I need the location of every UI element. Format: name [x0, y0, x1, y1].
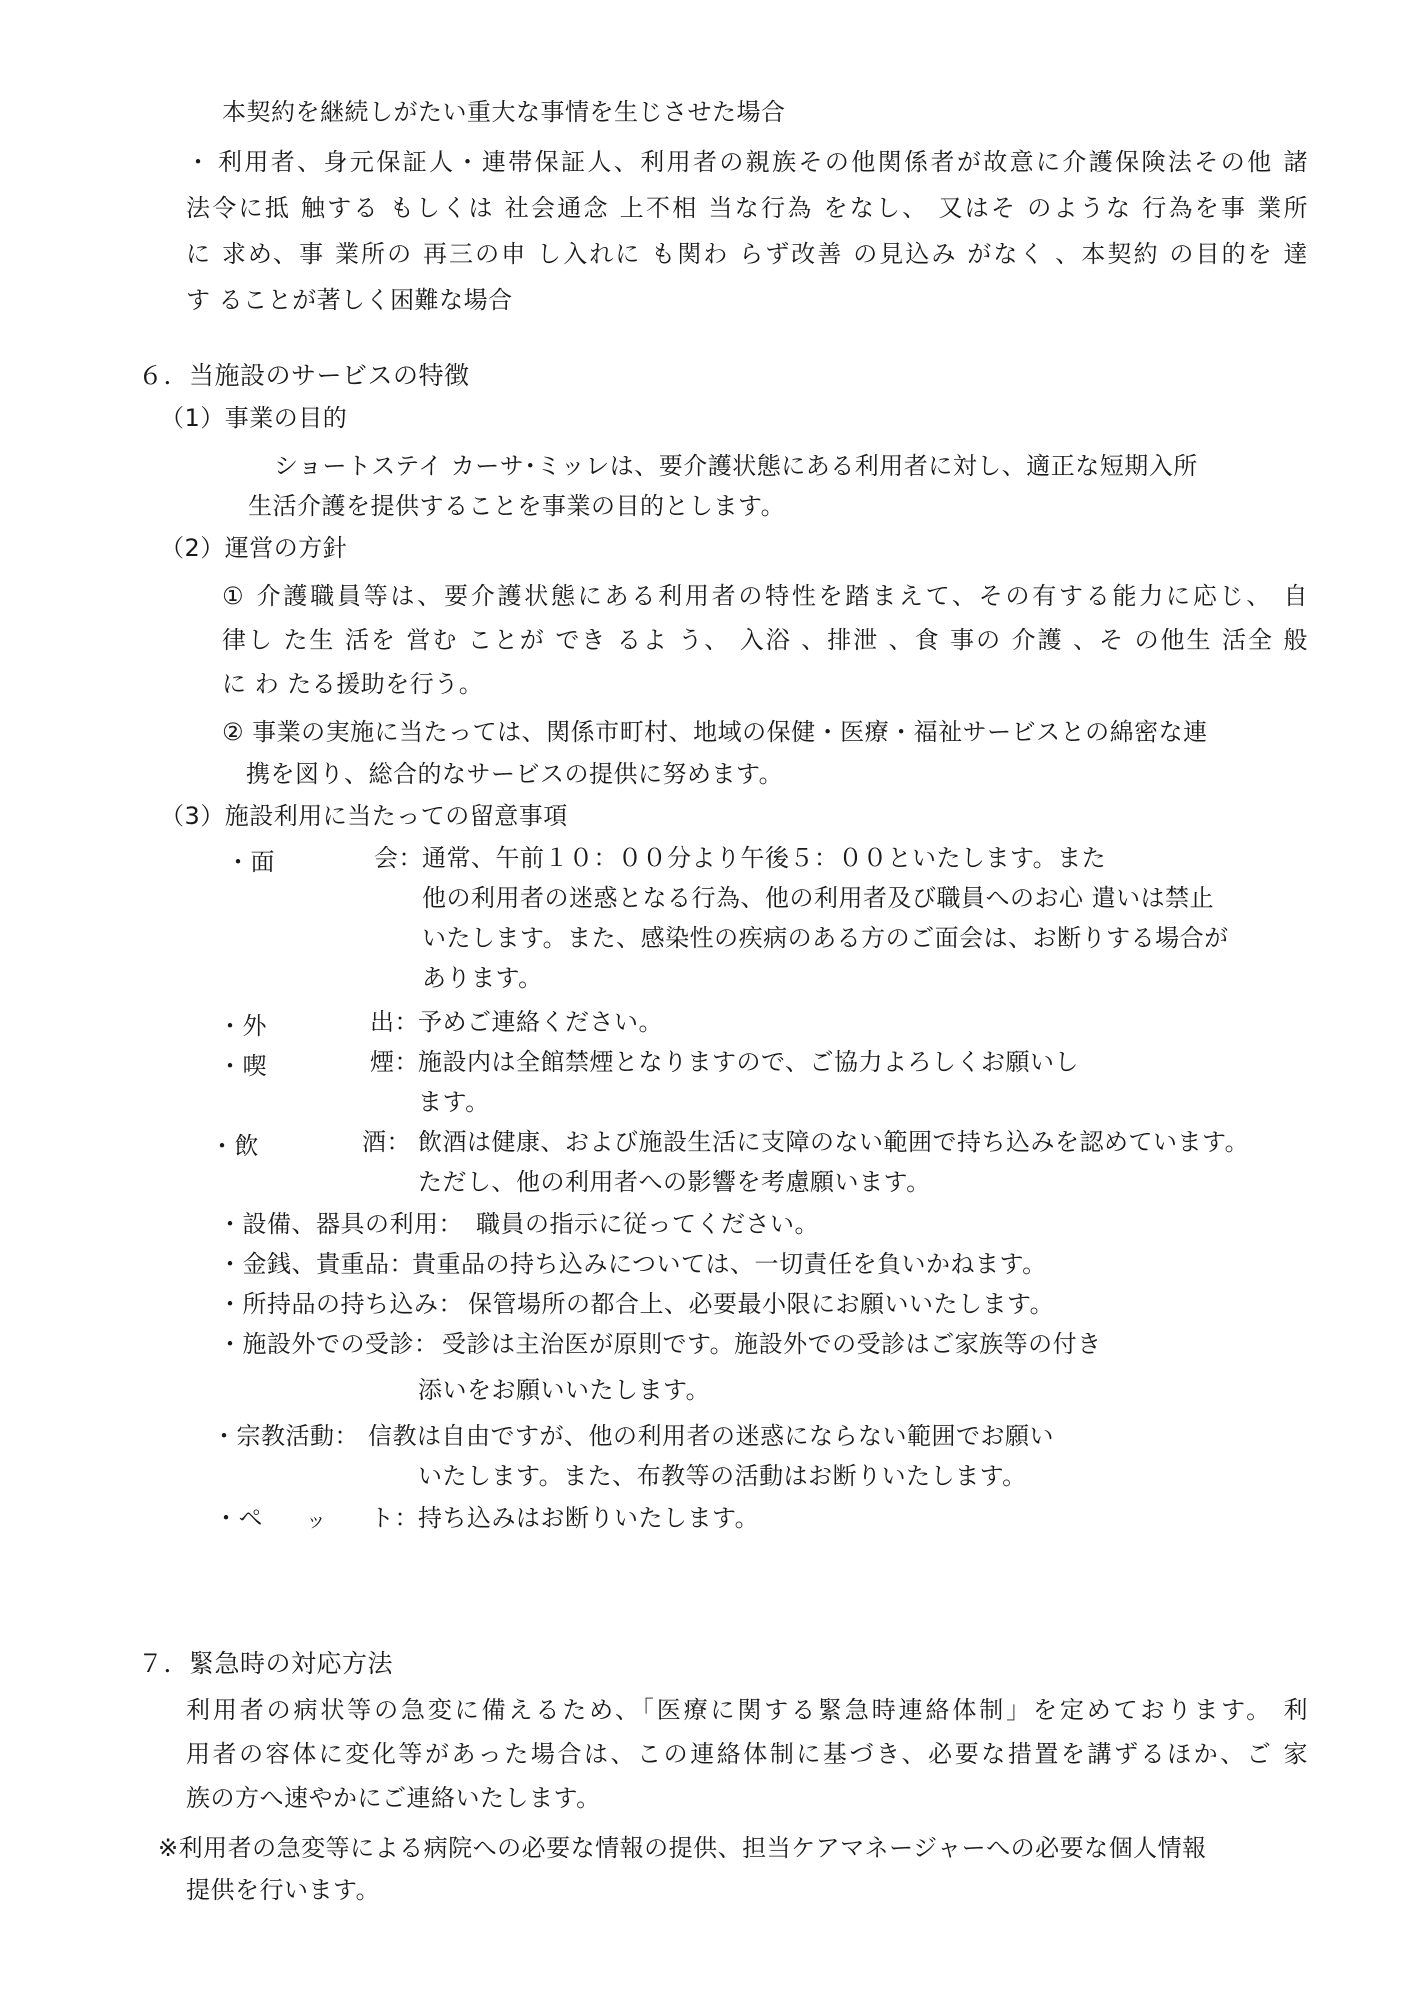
- notice-text: いたします。また、布教等の活動はお断りいたします。: [418, 1460, 1027, 1492]
- notice-label-outing: ・外: [218, 1010, 267, 1042]
- notice-text: あります。: [422, 962, 543, 994]
- notice-text: 他の利用者の迷惑となる行為、他の利用者及び職員へのお心 遣いは禁止: [422, 882, 1214, 914]
- notice-label-visit-end: 会：: [374, 842, 423, 874]
- notice-text: 飲酒は健康、および施設生活に支障のない範囲で持ち込みを認めています。: [418, 1126, 1249, 1158]
- notice-label-religion: ・宗教活動：: [212, 1420, 359, 1452]
- sub1-line: 生活介護を提供することを事業の目的とします。: [248, 490, 785, 522]
- sub1-heading: （1）事業の目的: [160, 402, 347, 434]
- section5-item-line: に 求め、事 業所の 再三の申 し入れに も関わ らず改善 の見込み がなく 、…: [186, 238, 1308, 270]
- section7-line: 用者の容体に変化等があった場合は、この連絡体制に基づき、必要な措置を講ずるほか、…: [186, 1738, 1308, 1770]
- notice-text: 予めご連絡ください。: [418, 1006, 663, 1038]
- sub2-item1-line: に わ たる援助を行う。: [222, 668, 483, 700]
- section7-note: ※利用者の急変等による病院への必要な情報の提供、担当ケアマネージャーへの必要な個…: [158, 1832, 1207, 1864]
- sub2-item2-line: 携を図り、総合的なサービスの提供に努めます。: [246, 758, 783, 790]
- section5-bullet: ・: [186, 146, 211, 178]
- notice-text: いたします。また、感染性の疾病のある方のご面会は、お断りする場合が: [422, 922, 1229, 954]
- section7-line: 利用者の病状等の急変に備えるため、「医療に関する緊急時連絡体制」を定めております…: [186, 1694, 1308, 1726]
- notice-text: 職員の指示に従ってください。: [476, 1208, 819, 1240]
- notice-label-external-medical: ・施設外での受診：: [218, 1328, 439, 1360]
- section6-heading: ６．当施設のサービスの特徴: [138, 360, 470, 392]
- notice-label-belongings: ・所持品の持ち込み：: [218, 1288, 463, 1320]
- notice-text: 貴重品の持ち込みについては、一切責任を負いかねます。: [412, 1248, 1047, 1280]
- notice-text: ただし、他の利用者への影響を考慮願います。: [418, 1166, 931, 1198]
- notice-label-pet-end: ト：: [370, 1502, 419, 1534]
- sub2-item1-line: 律し た生 活を 営む ことが でき るよ う、 入浴 、排泄 、食 事の 介護…: [222, 624, 1308, 656]
- notice-text: 保管場所の都合上、必要最小限にお願いいたします。: [468, 1288, 1054, 1320]
- notice-text: 受診は主治医が原則です。施設外での受診はご家族等の付き: [442, 1328, 1102, 1360]
- sub2-heading: （2）運営の方針: [160, 532, 347, 564]
- section5-item-line: 法令に抵 触する もしくは 社会通念 上不相 当な行為 をなし、 又はそ のよう…: [186, 192, 1308, 224]
- section7-line: 族の方へ速やかにご連絡いたします。: [186, 1782, 601, 1814]
- notice-label-drinking: ・飲: [210, 1130, 259, 1162]
- notice-text: 持ち込みはお断りいたします。: [418, 1502, 759, 1534]
- notice-label-pet: ・ペ: [214, 1502, 263, 1534]
- section5-item-line: 利用者、身元保証人・連帯保証人、利用者の親族その他関係者が故意に介護保険法その他…: [218, 146, 1308, 178]
- section7-note: 提供を行います。: [186, 1874, 380, 1906]
- sub2-item2-line: ② 事業の実施に当たっては、関係市町村、地域の保健・医療・福祉サービスとの綿密な…: [222, 716, 1208, 748]
- sub2-item1-line: ① 介護職員等は、要介護状態にある利用者の特性を踏まえて、その有する能力に応じ、…: [222, 580, 1308, 612]
- notice-text: 施設内は全館禁煙となりますので、ご協力よろしくお願いし: [418, 1046, 1079, 1078]
- notice-label-equipment: ・設備、器具の利用：: [218, 1208, 463, 1240]
- section5-continuation: 本契約を継続しがたい重大な事情を生じさせた場合: [222, 96, 786, 128]
- sub1-line: ショートステイ カーサ･ミッレは、要介護状態にある利用者に対し、適正な短期入所: [274, 450, 1198, 482]
- notice-label-drinking-end: 酒：: [362, 1126, 411, 1158]
- notice-text: 添いをお願いいたします。: [418, 1374, 710, 1406]
- notice-label-pet-mid: ッ: [306, 1504, 327, 1536]
- document-page: 本契約を継続しがたい重大な事情を生じさせた場合 ・ 利用者、身元保証人・連帯保証…: [0, 0, 1414, 2000]
- notice-label-smoking-end: 煙：: [370, 1046, 419, 1078]
- sub3-heading: （3）施設利用に当たっての留意事項: [160, 800, 568, 832]
- notice-label-valuables: ・金銭、貴重品：: [218, 1248, 414, 1280]
- notice-text: 通常、午前１０：００分より午後５：００といたします。また: [422, 842, 1106, 874]
- notice-text: 信教は自由ですが、他の利用者の迷惑にならない範囲でお願い: [368, 1420, 1054, 1452]
- section7-heading: ７．緊急時の対応方法: [138, 1648, 393, 1680]
- notice-text: ます。: [418, 1086, 490, 1118]
- notice-label-smoking: ・喫: [218, 1050, 267, 1082]
- section5-item-line: す ることが著しく困難な場合: [186, 284, 513, 316]
- notice-label-visit: ・面: [226, 846, 275, 878]
- notice-label-outing-end: 出：: [370, 1006, 419, 1038]
